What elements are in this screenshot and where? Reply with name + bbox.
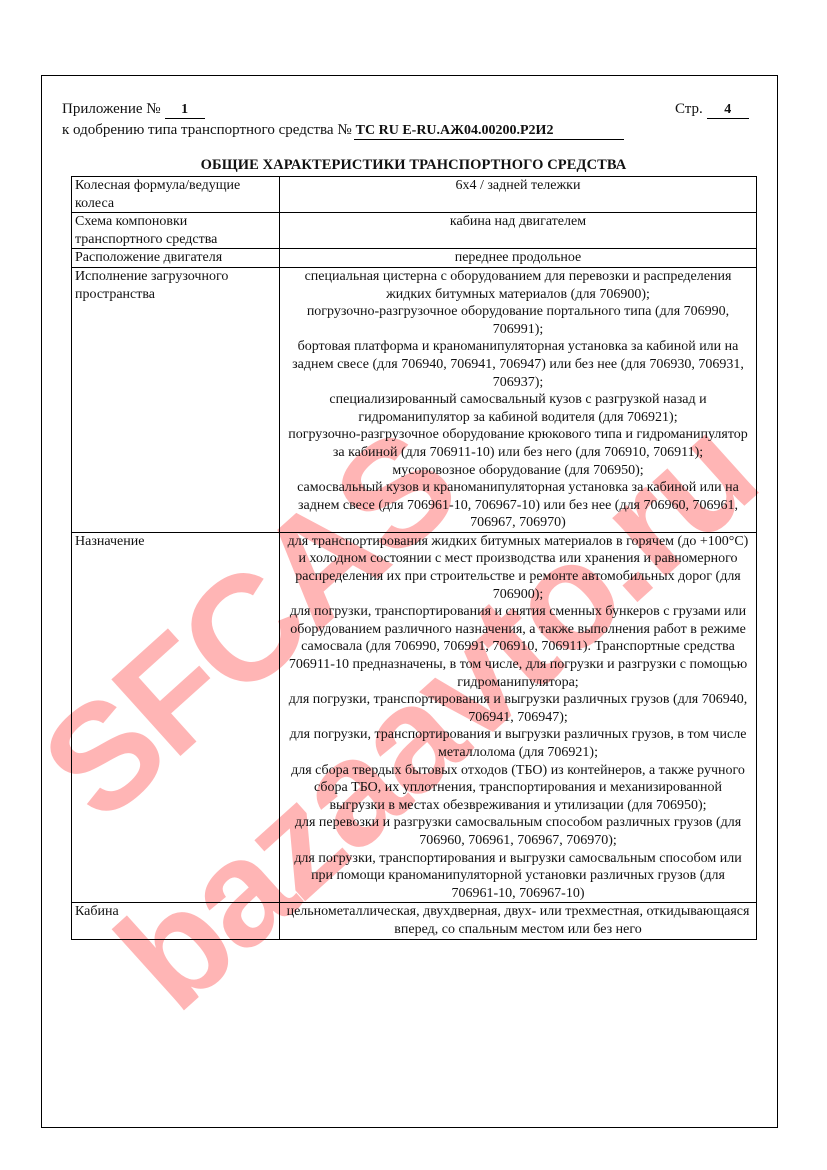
section-title: ОБЩИЕ ХАРАКТЕРИСТИКИ ТРАНСПОРТНОГО СРЕДС… bbox=[0, 157, 827, 174]
row-value: специальная цистерна с оборудованием для… bbox=[280, 267, 757, 532]
value-segment: бортовая платформа и краноманипуляторная… bbox=[286, 338, 750, 391]
value-segment: цельнометаллическая, двухдверная, двух- … bbox=[286, 903, 750, 938]
page-reference: Стр.4 bbox=[675, 101, 749, 119]
value-segment: для погрузки, транспортирования и снятия… bbox=[286, 603, 750, 691]
row-value: переднее продольное bbox=[280, 249, 757, 268]
row-label: Исполнение загрузочного пространства bbox=[72, 267, 280, 532]
row-label: Расположение двигателя bbox=[72, 249, 280, 268]
value-segment: специальная цистерна с оборудованием для… bbox=[286, 268, 750, 303]
row-label: Кабина bbox=[72, 903, 280, 939]
value-segment: 6х4 / задней тележки bbox=[286, 177, 750, 195]
characteristics-table: Колесная формула/ведущие колеса6х4 / зад… bbox=[71, 176, 757, 940]
row-label: Колесная формула/ведущие колеса bbox=[72, 177, 280, 213]
value-segment: мусоровозное оборудование (для 706950); bbox=[286, 462, 750, 480]
appendix-number: 1 bbox=[165, 102, 205, 119]
page-number: 4 bbox=[707, 102, 749, 119]
table-row: Колесная формула/ведущие колеса6х4 / зад… bbox=[72, 177, 757, 213]
value-segment: для погрузки, транспортирования и выгруз… bbox=[286, 691, 750, 726]
appendix-label: Приложение № bbox=[62, 101, 161, 117]
table-row: Расположение двигателяпереднее продольно… bbox=[72, 249, 757, 268]
page-label: Стр. bbox=[675, 101, 703, 117]
row-value: для транспортирования жидких битумных ма… bbox=[280, 532, 757, 902]
value-segment: погрузочно-разгрузочное оборудование крю… bbox=[286, 426, 750, 461]
table-row: Кабинацельнометаллическая, двухдверная, … bbox=[72, 903, 757, 939]
table-row: Схема компоновки транспортного средствак… bbox=[72, 213, 757, 249]
value-segment: для сбора твердых бытовых отходов (ТБО) … bbox=[286, 762, 750, 815]
value-segment: кабина над двигателем bbox=[286, 213, 750, 231]
document-page: Приложение №1 Стр.4 к одобрению типа тра… bbox=[0, 0, 827, 1170]
value-segment: для погрузки, транспортирования и выгруз… bbox=[286, 850, 750, 903]
row-label: Схема компоновки транспортного средства bbox=[72, 213, 280, 249]
approval-label: к одобрению типа транспортного средства … bbox=[62, 122, 352, 138]
value-segment: переднее продольное bbox=[286, 249, 750, 267]
value-segment: специализированный самосвальный кузов с … bbox=[286, 391, 750, 426]
row-label: Назначение bbox=[72, 532, 280, 902]
appendix-line: Приложение №1 bbox=[62, 101, 205, 119]
approval-line: к одобрению типа транспортного средства … bbox=[62, 122, 624, 140]
row-value: 6х4 / задней тележки bbox=[280, 177, 757, 213]
value-segment: погрузочно-разгрузочное оборудование пор… bbox=[286, 303, 750, 338]
value-segment: для погрузки, транспортирования и выгруз… bbox=[286, 726, 750, 761]
value-segment: для перевозки и разгрузки самосвальным с… bbox=[286, 814, 750, 849]
table-row: Исполнение загрузочного пространстваспец… bbox=[72, 267, 757, 532]
table-row: Назначениедля транспортирования жидких б… bbox=[72, 532, 757, 902]
row-value: цельнометаллическая, двухдверная, двух- … bbox=[280, 903, 757, 939]
value-segment: для транспортирования жидких битумных ма… bbox=[286, 533, 750, 603]
row-value: кабина над двигателем bbox=[280, 213, 757, 249]
approval-number: TC RU E-RU.АЖ04.00200.Р2И2 bbox=[354, 123, 624, 140]
value-segment: самосвальный кузов и краноманипуляторная… bbox=[286, 479, 750, 532]
